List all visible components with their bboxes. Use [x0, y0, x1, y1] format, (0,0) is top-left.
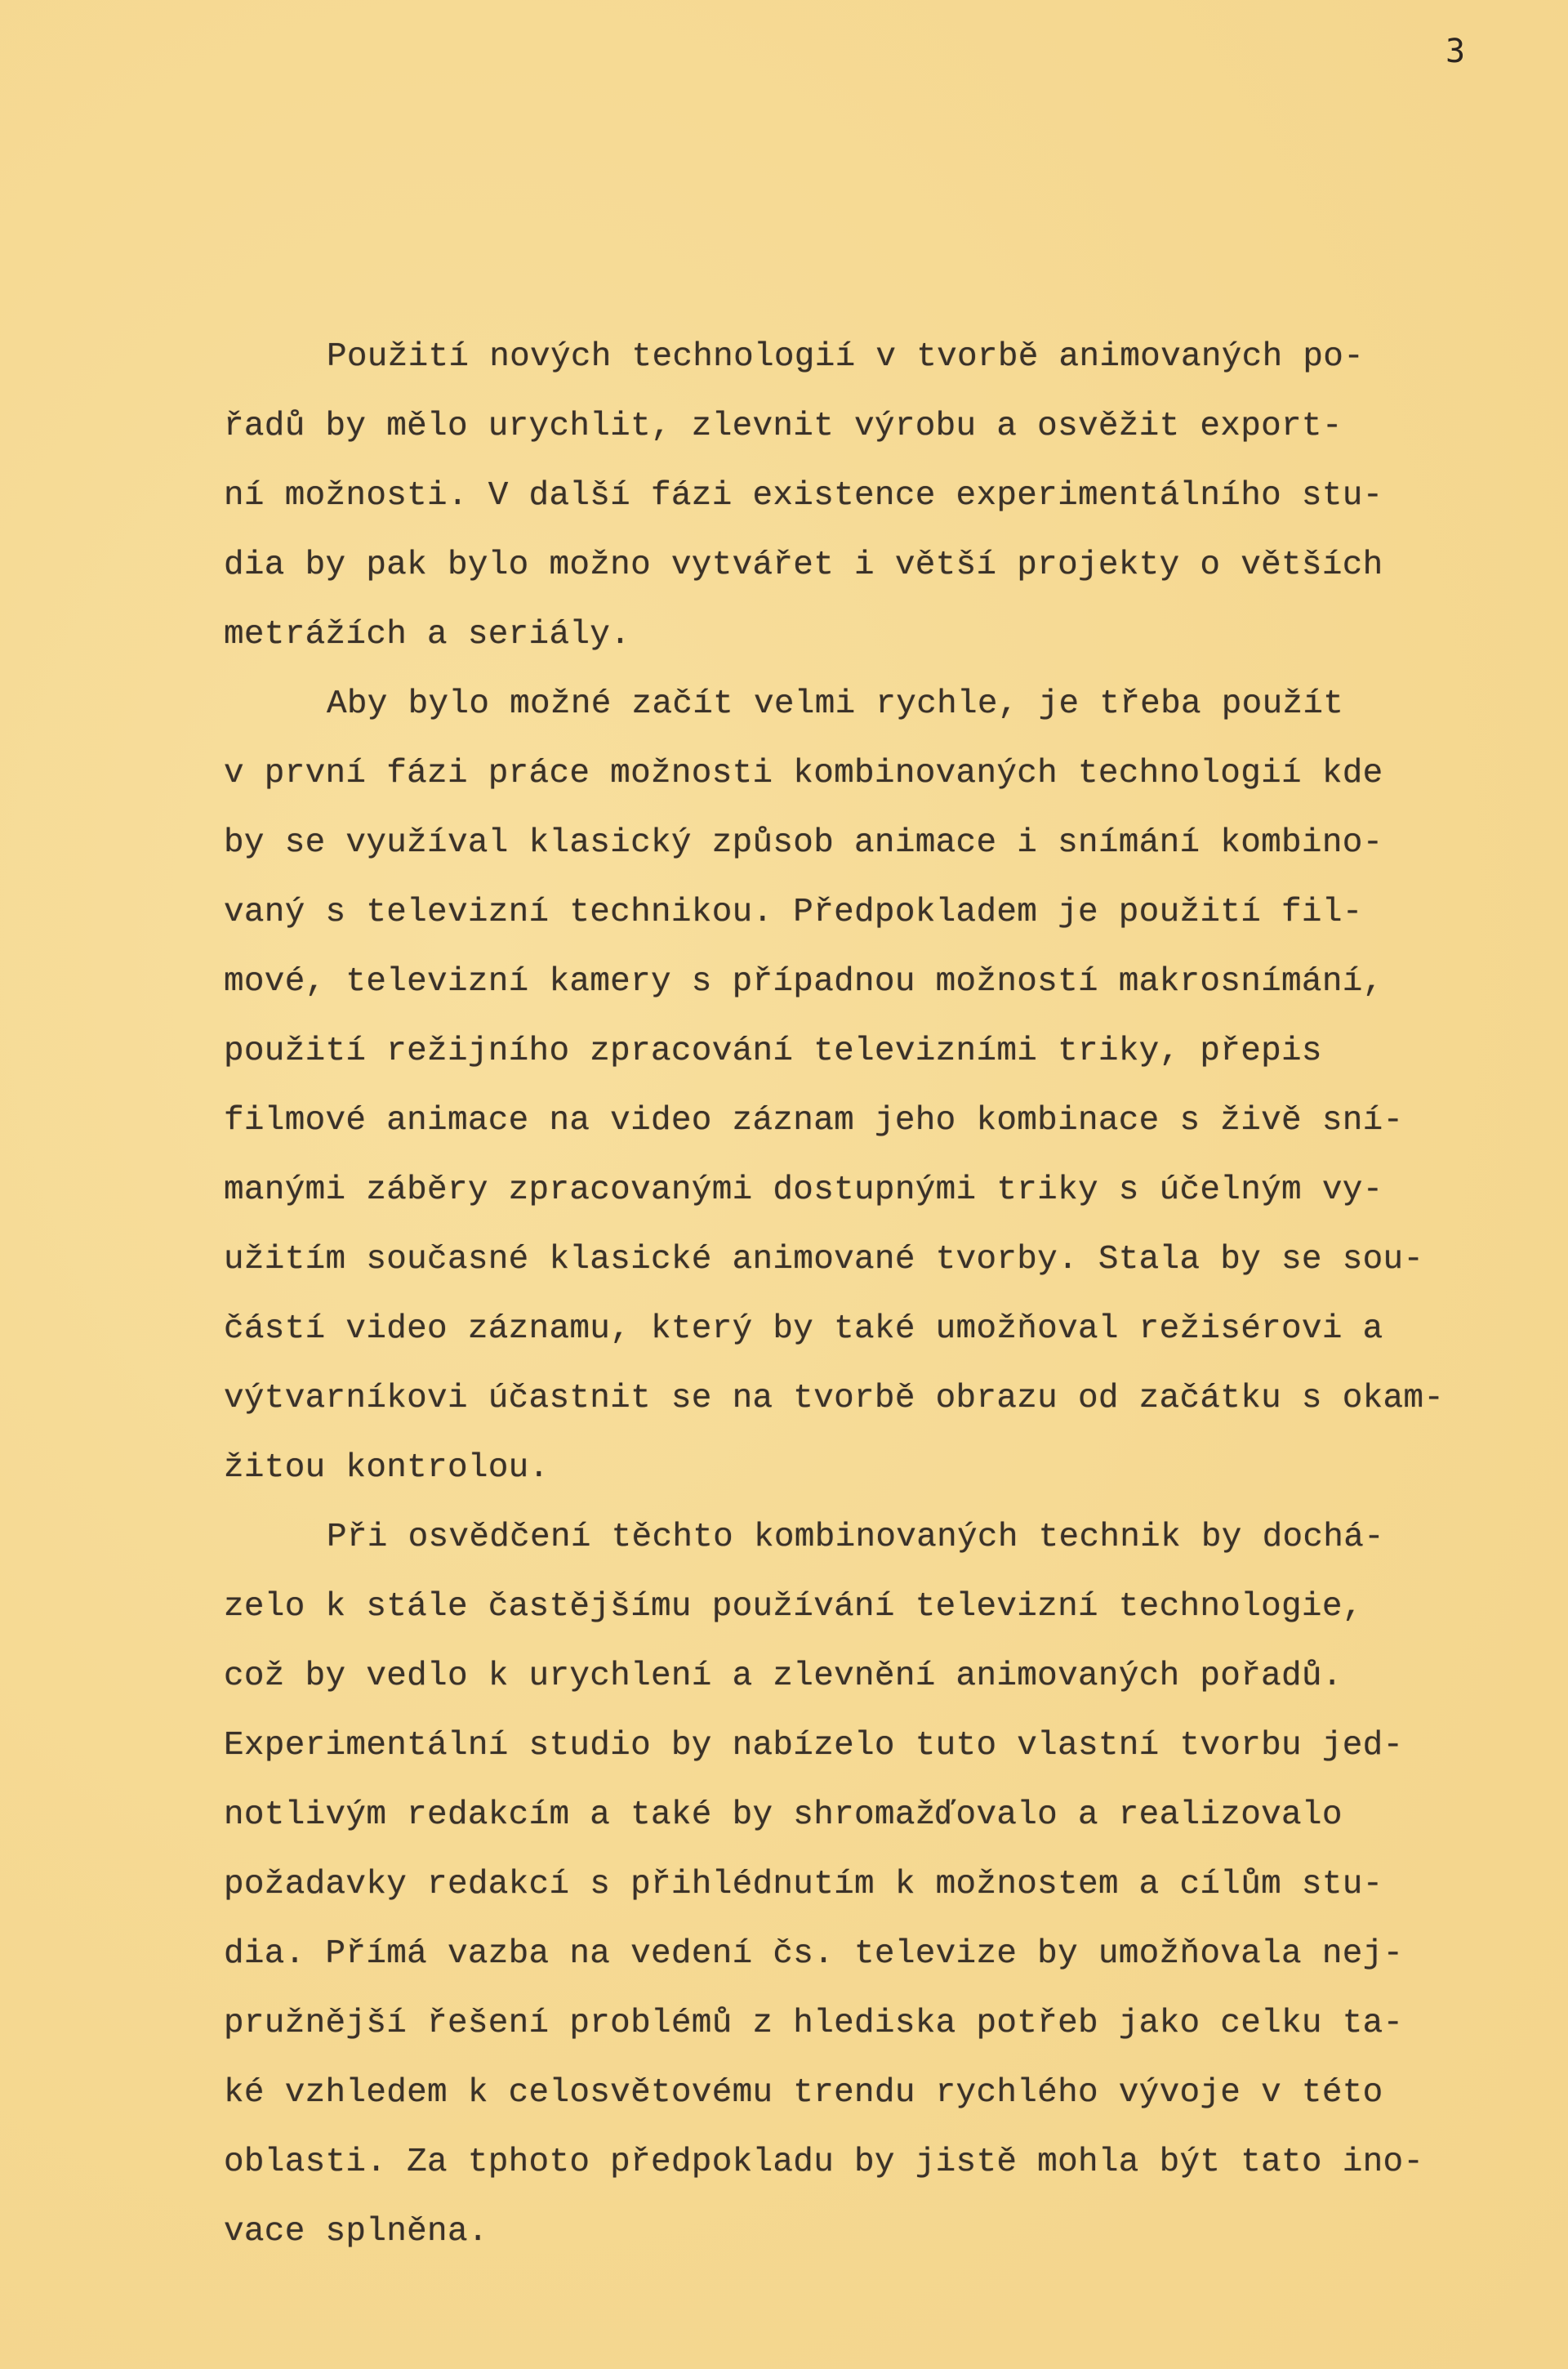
text-line: pružnější řešení problémů z hlediska pot…	[224, 1989, 1481, 2059]
text-line: řadů by mělo urychlit, zlevnit výrobu a …	[224, 392, 1481, 462]
text-line: oblasti. Za tphoto předpokladu by jistě …	[224, 2128, 1481, 2197]
text-line: zelo k stále častějšímu používání televi…	[224, 1573, 1481, 1642]
text-line: v první fázi práce možnosti kombinovanýc…	[224, 739, 1481, 809]
text-line: užitím současné klasické animované tvorb…	[224, 1225, 1481, 1295]
document-body: Použití nových technologií v tvorbě anim…	[224, 323, 1481, 2267]
text-line: vaný s televizní technikou. Předpokladem…	[224, 878, 1481, 948]
text-line: ké vzhledem k celosvětovému trendu rychl…	[224, 2059, 1481, 2128]
text-line: by se využíval klasický způsob animace i…	[224, 809, 1481, 878]
text-line: Aby bylo možné začít velmi rychle, je tř…	[224, 670, 1481, 739]
text-line: ní možnosti. V další fázi existence expe…	[224, 462, 1481, 531]
text-line: Při osvědčení těchto kombinovaných techn…	[224, 1503, 1481, 1573]
text-line: vace splněna.	[224, 2197, 1481, 2267]
paragraph-2: Aby bylo možné začít velmi rychle, je tř…	[224, 670, 1481, 1503]
text-line: částí video záznamu, který by také umožň…	[224, 1295, 1481, 1364]
text-line: požadavky redakcí s přihlédnutím k možno…	[224, 1850, 1481, 1920]
text-line: výtvarníkovi účastnit se na tvorbě obraz…	[224, 1364, 1481, 1434]
text-line: Experimentální studio by nabízelo tuto v…	[224, 1711, 1481, 1781]
text-line: metrážích a seriály.	[224, 600, 1481, 670]
text-line: manými záběry zpracovanými dostupnými tr…	[224, 1156, 1481, 1225]
paragraph-1: Použití nových technologií v tvorbě anim…	[224, 323, 1481, 670]
text-line: Použití nových technologií v tvorbě anim…	[224, 323, 1481, 392]
text-line: což by vedlo k urychlení a zlevnění anim…	[224, 1642, 1481, 1711]
paragraph-3: Při osvědčení těchto kombinovaných techn…	[224, 1503, 1481, 2267]
text-line: mové, televizní kamery s případnou možno…	[224, 948, 1481, 1017]
text-line: žitou kontrolou.	[224, 1434, 1481, 1503]
text-line: použití režijního zpracování televizními…	[224, 1017, 1481, 1086]
text-line: filmové animace na video záznam jeho kom…	[224, 1086, 1481, 1156]
text-line: dia by pak bylo možno vytvářet i větší p…	[224, 531, 1481, 600]
text-line: notlivým redakcím a také by shromažďoval…	[224, 1781, 1481, 1850]
page-number: 3	[1445, 33, 1465, 70]
text-line: dia. Přímá vazba na vedení čs. televize …	[224, 1920, 1481, 1989]
